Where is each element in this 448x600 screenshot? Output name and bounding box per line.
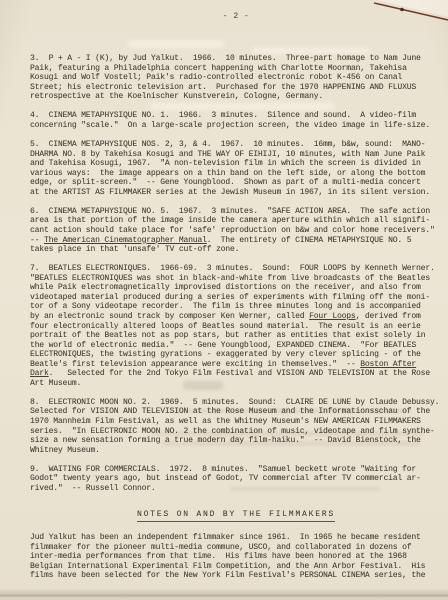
text-line: 3. P + A - I (K), by Jud Yalkut. 1966. 1… xyxy=(30,54,442,64)
text-run: series. "In ELECTRONIC MOON NO. 2 the co… xyxy=(30,427,435,436)
text-line: various ways: the image appears on a thi… xyxy=(30,169,442,179)
text-run: 7. BEATLES ELECTRONIQUES. 1966-69. 3 min… xyxy=(30,264,435,273)
text-run: ELECTRONIQUES, the twisting gyrations - … xyxy=(30,350,421,359)
text-run: 6. CINEMA METAPHYSIQUE NO. 5. 1967. 3 mi… xyxy=(30,207,430,216)
text-run: 5. CINEMA METAPHYSIQUE NOS. 2, 3, & 4. 1… xyxy=(30,140,425,149)
text-run: size a new sensation forming a true mode… xyxy=(30,436,421,445)
text-line: "BEATLES ELECTRONIQUES was shot in black… xyxy=(30,274,442,284)
text-line: and Takehisa Kosugi, 1967. "A non-televi… xyxy=(30,159,442,169)
text-run: concerning "scale." On a large-scale pro… xyxy=(30,121,430,130)
text-line: while Paik electromagnetically improvise… xyxy=(30,283,442,293)
text-run: while Paik electromagnetically improvise… xyxy=(30,283,421,292)
text-line: Dark. Selected for the 2nd Tokyo Film Fe… xyxy=(30,369,442,379)
text-run: 4. CINEMA METAPHYSIQUE NO. 1. 1966. 3 mi… xyxy=(30,111,416,120)
text-line: Belgian International Experimental Film … xyxy=(30,562,442,572)
text-line: Godot" twenty years ago, but instead of … xyxy=(30,474,442,484)
text-run: 1970 Mannheim Film Festival, as well as … xyxy=(30,417,421,426)
text-line: Beatle's first television appearance wer… xyxy=(30,360,442,370)
text-line: 7. BEATLES ELECTRONIQUES. 1966-69. 3 min… xyxy=(30,264,442,274)
text-line: tor of a Sony videotape recorder. The fi… xyxy=(30,302,442,312)
text-run: , derived from xyxy=(356,312,421,321)
underlined-text-run: Four Loops xyxy=(309,312,356,321)
text-run: Street; his electronic television art. P… xyxy=(30,83,416,92)
text-line: Selected for VISION AND TELEVISION at th… xyxy=(30,407,442,417)
text-run: various ways: the image appears on a thi… xyxy=(30,169,425,178)
underlined-text-run: Boston After xyxy=(360,360,416,369)
text-line: 5. CINEMA METAPHYSIQUE NOS. 2, 3, & 4. 1… xyxy=(30,140,442,150)
text-line: Paik, featuring a Philadelphia concert h… xyxy=(30,64,442,74)
text-run: . The entirety of CINEMA METAPHYSIQUE NO… xyxy=(207,236,412,245)
film-entry-9: 9. WAITING FOR COMMERCIALS. 1972. 8 minu… xyxy=(30,465,442,494)
text-run: inter-media performances from that time.… xyxy=(30,552,407,561)
document-body: - 2 - 3. P + A - I (K), by Jud Yalkut. 1… xyxy=(30,12,442,590)
text-line: -- The American Cinematographer Manual. … xyxy=(30,236,442,246)
text-line: portrait of the Beatles not as pop stars… xyxy=(30,331,442,341)
notes-section-heading: NOTES ON AND BY THE FILMMAKERS xyxy=(30,503,442,522)
text-run: the world of electronic media." -- Gene … xyxy=(30,341,416,350)
text-run: 8. ELECTRONIC MOON NO. 2. 1969. 5 minute… xyxy=(30,398,439,407)
text-run: Jud Yalkut has been an independent filmm… xyxy=(30,533,421,542)
text-line: Art Museum. xyxy=(30,379,442,389)
text-run: videotaped material produced during a se… xyxy=(30,293,430,302)
text-run: Selected for VISION AND TELEVISION at th… xyxy=(30,407,430,416)
text-run: four electronically altered loops of Bea… xyxy=(30,322,421,331)
section-heading-text: NOTES ON AND BY THE FILMMAKERS xyxy=(137,510,335,522)
underlined-text-run: Dark xyxy=(30,369,49,378)
text-line: size a new sensation forming a true mode… xyxy=(30,436,442,446)
text-line: Jud Yalkut has been an independent filmm… xyxy=(30,533,442,543)
film-entry-4: 4. CINEMA METAPHYSIQUE NO. 1. 1966. 3 mi… xyxy=(30,111,442,130)
text-line: Street; his electronic television art. P… xyxy=(30,83,442,93)
text-line: rived." -- Russell Connor. xyxy=(30,484,442,494)
text-line: 6. CINEMA METAPHYSIQUE NO. 5. 1967. 3 mi… xyxy=(30,207,442,217)
film-entry-7: 7. BEATLES ELECTRONIQUES. 1966-69. 3 min… xyxy=(30,264,442,388)
text-line: concerning "scale." On a large-scale pro… xyxy=(30,121,442,131)
text-line: takes place in that 'unsafe' TV cut-off … xyxy=(30,245,442,255)
underlined-text-run: The American Cinematographer Manual xyxy=(44,236,207,245)
text-line: films have been selected for the New Yor… xyxy=(30,571,442,581)
text-line: videotaped material produced during a se… xyxy=(30,293,442,303)
text-run: Kosugi and Wolf Vostell; Paik's radio-co… xyxy=(30,73,402,82)
text-line: 9. WAITING FOR COMMERCIALS. 1972. 8 minu… xyxy=(30,465,442,475)
text-run: Art Museum. xyxy=(30,379,81,388)
text-run: retrospective at the Koelnischer Kunstve… xyxy=(30,92,323,101)
text-line: Kosugi and Wolf Vostell; Paik's radio-co… xyxy=(30,73,442,83)
text-run: by an electronic sound track by composer… xyxy=(30,312,309,321)
text-line: at the ARTIST AS FILMMAKER series at the… xyxy=(30,188,442,198)
text-line: ELECTRONIQUES, the twisting gyrations - … xyxy=(30,350,442,360)
text-run: . Selected for the 2nd Tokyo Film Festiv… xyxy=(49,369,430,378)
text-run: Beatle's first television appearance wer… xyxy=(30,360,360,369)
text-line: 4. CINEMA METAPHYSIQUE NO. 1. 1966. 3 mi… xyxy=(30,111,442,121)
text-run: "BEATLES ELECTRONIQUES was shot in black… xyxy=(30,274,430,283)
page-number: - 2 - xyxy=(30,12,442,22)
text-line: the world of electronic media." -- Gene … xyxy=(30,341,442,351)
text-run: rived." -- Russell Connor. xyxy=(30,484,156,493)
text-run: -- xyxy=(30,236,44,245)
text-line: retrospective at the Koelnischer Kunstve… xyxy=(30,92,442,102)
text-line: 8. ELECTRONIC MOON NO. 2. 1969. 5 minute… xyxy=(30,398,442,408)
text-run: DHARMA NO. 8 by Takehisa Kosugi and THE … xyxy=(30,150,425,159)
text-run: at the ARTIST AS FILMMAKER series at the… xyxy=(30,188,430,197)
text-run: tor of a Sony videotape recorder. The fi… xyxy=(30,302,421,311)
text-run: cant action should take place for 'safe'… xyxy=(30,226,435,235)
page-bottom-edge xyxy=(0,588,448,600)
film-entry-6: 6. CINEMA METAPHYSIQUE NO. 5. 1967. 3 mi… xyxy=(30,207,442,255)
text-line: 1970 Mannheim Film Festival, as well as … xyxy=(30,417,442,427)
text-run: 3. P + A - I (K), by Jud Yalkut. 1966. 1… xyxy=(30,54,421,63)
text-line: cant action should take place for 'safe'… xyxy=(30,226,442,236)
text-line: filmmaker for the pioneer multi-media co… xyxy=(30,543,442,553)
scanned-document-page: - 2 - 3. P + A - I (K), by Jud Yalkut. 1… xyxy=(0,0,448,600)
text-run: 9. WAITING FOR COMMERCIALS. 1972. 8 minu… xyxy=(30,465,416,474)
text-line: by an electronic sound track by composer… xyxy=(30,312,442,322)
text-run: portrait of the Beatles not as pop stars… xyxy=(30,331,425,340)
text-run: films have been selected for the New Yor… xyxy=(30,571,425,580)
film-entry-3: 3. P + A - I (K), by Jud Yalkut. 1966. 1… xyxy=(30,54,442,102)
text-line: area is that portion of the image inside… xyxy=(30,216,442,226)
text-run: Whitney Museum. xyxy=(30,446,100,455)
text-line: four electronically altered loops of Bea… xyxy=(30,322,442,332)
text-run: Paik, featuring a Philadelphia concert h… xyxy=(30,64,407,73)
text-line: inter-media performances from that time.… xyxy=(30,552,442,562)
text-line: series. "In ELECTRONIC MOON NO. 2 the co… xyxy=(30,427,442,437)
text-line: Whitney Museum. xyxy=(30,446,442,456)
text-line: DHARMA NO. 8 by Takehisa Kosugi and THE … xyxy=(30,150,442,160)
text-run: filmmaker for the pioneer multi-media co… xyxy=(30,543,411,552)
text-run: takes place in that 'unsafe' TV cut-off … xyxy=(30,245,239,254)
document-blocks: 3. P + A - I (K), by Jud Yalkut. 1966. 1… xyxy=(30,54,442,581)
film-entry-8: 8. ELECTRONIC MOON NO. 2. 1969. 5 minute… xyxy=(30,398,442,455)
text-run: Godot" twenty years ago, but instead of … xyxy=(30,474,421,483)
text-run: edge, or split-screen." -- Gene Youngblo… xyxy=(30,178,421,187)
text-line: edge, or split-screen." -- Gene Youngblo… xyxy=(30,178,442,188)
filmmaker-bio: Jud Yalkut has been an independent filmm… xyxy=(30,533,442,581)
text-run: area is that portion of the image inside… xyxy=(30,216,430,225)
text-run: and Takehisa Kosugi, 1967. "A non-televi… xyxy=(30,159,421,168)
film-entry-5: 5. CINEMA METAPHYSIQUE NOS. 2, 3, & 4. 1… xyxy=(30,140,442,197)
text-run: Belgian International Experimental Film … xyxy=(30,562,425,571)
